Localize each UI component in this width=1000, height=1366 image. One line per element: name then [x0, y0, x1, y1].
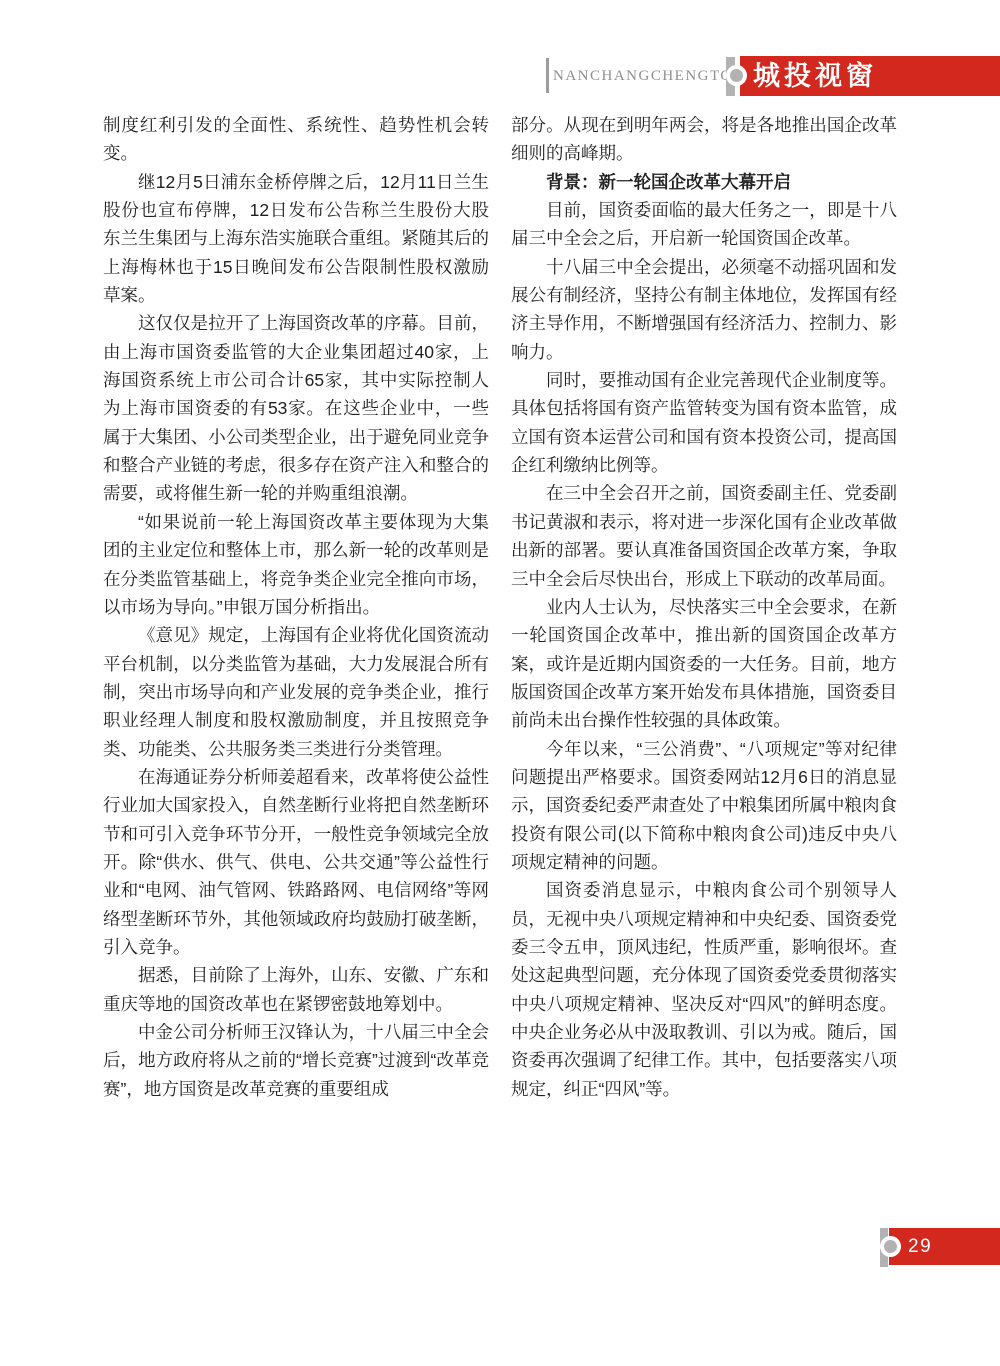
paragraph: 继12月5日浦东金桥停牌之后，12月11日兰生股份也宣布停牌，12日发布公告称兰… — [103, 168, 489, 310]
paragraph: 目前，国资委面临的最大任务之一，即是十八届三中全会之后，开启新一轮国资国企改革。 — [511, 196, 897, 253]
paragraph: 据悉，目前除了上海外，山东、安徽、广东和重庆等地的国资改革也在紧锣密鼓地筹划中。 — [103, 961, 489, 1018]
section-title: 城投视窗 — [753, 63, 877, 90]
paragraph: 业内人士认为，尽快落实三中全会要求，在新一轮国资国企改革中，推出新的国资国企改革… — [511, 593, 897, 735]
bullet-circle-icon — [726, 65, 747, 86]
paragraph: 部分。从现在到明年两会，将是各地推出国企改革细则的高峰期。 — [511, 111, 897, 168]
bullet-dot-icon — [884, 1240, 897, 1253]
article-column-right: 部分。从现在到明年两会，将是各地推出国企改革细则的高峰期。 背景：新一轮国企改革… — [511, 111, 897, 1103]
header-rule — [546, 58, 549, 93]
paragraph: 这仅仅是拉开了上海国资改革的序幕。目前，由上海市国资委监管的大企业集团超过40家… — [103, 309, 489, 507]
paragraph: “如果说前一轮上海国资改革主要体现为大集团的主业定位和整体上市，那么新一轮的改革… — [103, 508, 489, 621]
journal-name: NANCHANGCHENGTOU — [553, 56, 745, 96]
magazine-page: NANCHANGCHENGTOU 城投视窗 制度红利引发的全面性、系统性、趋势性… — [0, 0, 1000, 1366]
bullet-circle-icon — [880, 1236, 901, 1257]
page-number-badge: 29 — [889, 1228, 1000, 1265]
paragraph: 背景：新一轮国企改革大幕开启 — [511, 168, 897, 196]
paragraph: 制度红利引发的全面性、系统性、趋势性机会转变。 — [103, 111, 489, 168]
paragraph: 国资委消息显示，中粮肉食公司个别领导人员，无视中央八项规定精神和中央纪委、国资委… — [511, 876, 897, 1103]
page-number: 29 — [908, 1237, 932, 1256]
paragraph: 十八届三中全会提出，必须毫不动摇巩固和发展公有制经济，坚持公有制主体地位，发挥国… — [511, 253, 897, 366]
paragraph: 今年以来，“三公消费”、“八项规定”等对纪律问题提出严格要求。国资委网站12月6… — [511, 735, 897, 877]
paragraph: 同时，要推动国有企业完善现代企业制度等。具体包括将国有资产监管转变为国有资本监管… — [511, 366, 897, 479]
paragraph: 在海通证券分析师姜超看来，改革将使公益性行业加大国家投入，自然垄断行业将把自然垄… — [103, 763, 489, 961]
article-column-left: 制度红利引发的全面性、系统性、趋势性机会转变。 继12月5日浦东金桥停牌之后，1… — [103, 111, 489, 1103]
paragraph: 在三中全会召开之前，国资委副主任、党委副书记黄淑和表示，将对进一步深化国有企业改… — [511, 479, 897, 592]
paragraph: 《意见》规定，上海国有企业将优化国资流动平台机制，以分类监管为基础，大力发展混合… — [103, 621, 489, 763]
paragraph: 中金公司分析师王汉锋认为，十八届三中全会后，地方政府将从之前的“增长竞赛”过渡到… — [103, 1018, 489, 1103]
bullet-dot-icon — [730, 69, 743, 82]
section-banner: 城投视窗 — [740, 56, 1000, 96]
